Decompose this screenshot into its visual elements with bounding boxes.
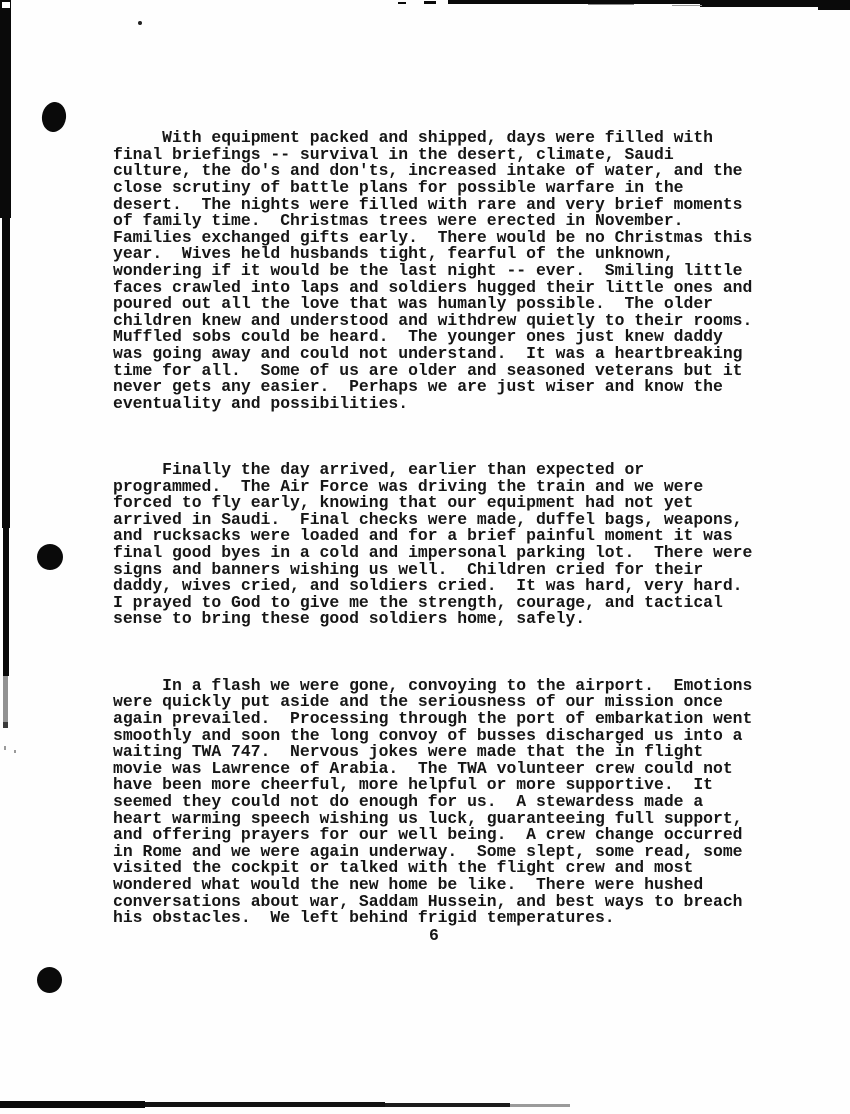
scan-left-strip <box>3 528 9 676</box>
scan-bottom-bar <box>0 1101 145 1108</box>
scan-bottom-bar <box>145 1102 385 1107</box>
scan-left-strip <box>0 0 11 218</box>
scan-speck <box>4 746 6 750</box>
scan-left-strip-fade <box>3 676 8 722</box>
paragraph: With equipment packed and shipped, days … <box>113 130 793 412</box>
document-body: With equipment packed and shipped, days … <box>113 97 793 976</box>
paragraph: Finally the day arrived, earlier than ex… <box>113 462 793 628</box>
scanned-document-page: With equipment packed and shipped, days … <box>0 0 850 1114</box>
scan-speck <box>14 750 16 753</box>
scan-speck <box>672 5 702 6</box>
scan-speck <box>588 4 634 5</box>
punch-hole <box>37 544 63 570</box>
scan-left-strip-tip <box>3 722 8 728</box>
punch-hole <box>40 100 68 133</box>
scan-bottom-bar-fade <box>510 1104 570 1107</box>
paragraph: In a flash we were gone, convoying to th… <box>113 678 793 927</box>
scan-speck <box>398 2 406 4</box>
punch-hole <box>37 967 62 993</box>
scan-speck <box>138 21 142 25</box>
scan-top-bar-ragged <box>818 7 850 10</box>
scan-bottom-bar <box>385 1103 510 1107</box>
page-number: 6 <box>429 928 439 945</box>
scan-left-strip-notch <box>2 2 10 8</box>
scan-top-bar-thick <box>700 0 850 7</box>
scan-left-strip <box>2 218 10 528</box>
scan-speck <box>424 1 436 4</box>
